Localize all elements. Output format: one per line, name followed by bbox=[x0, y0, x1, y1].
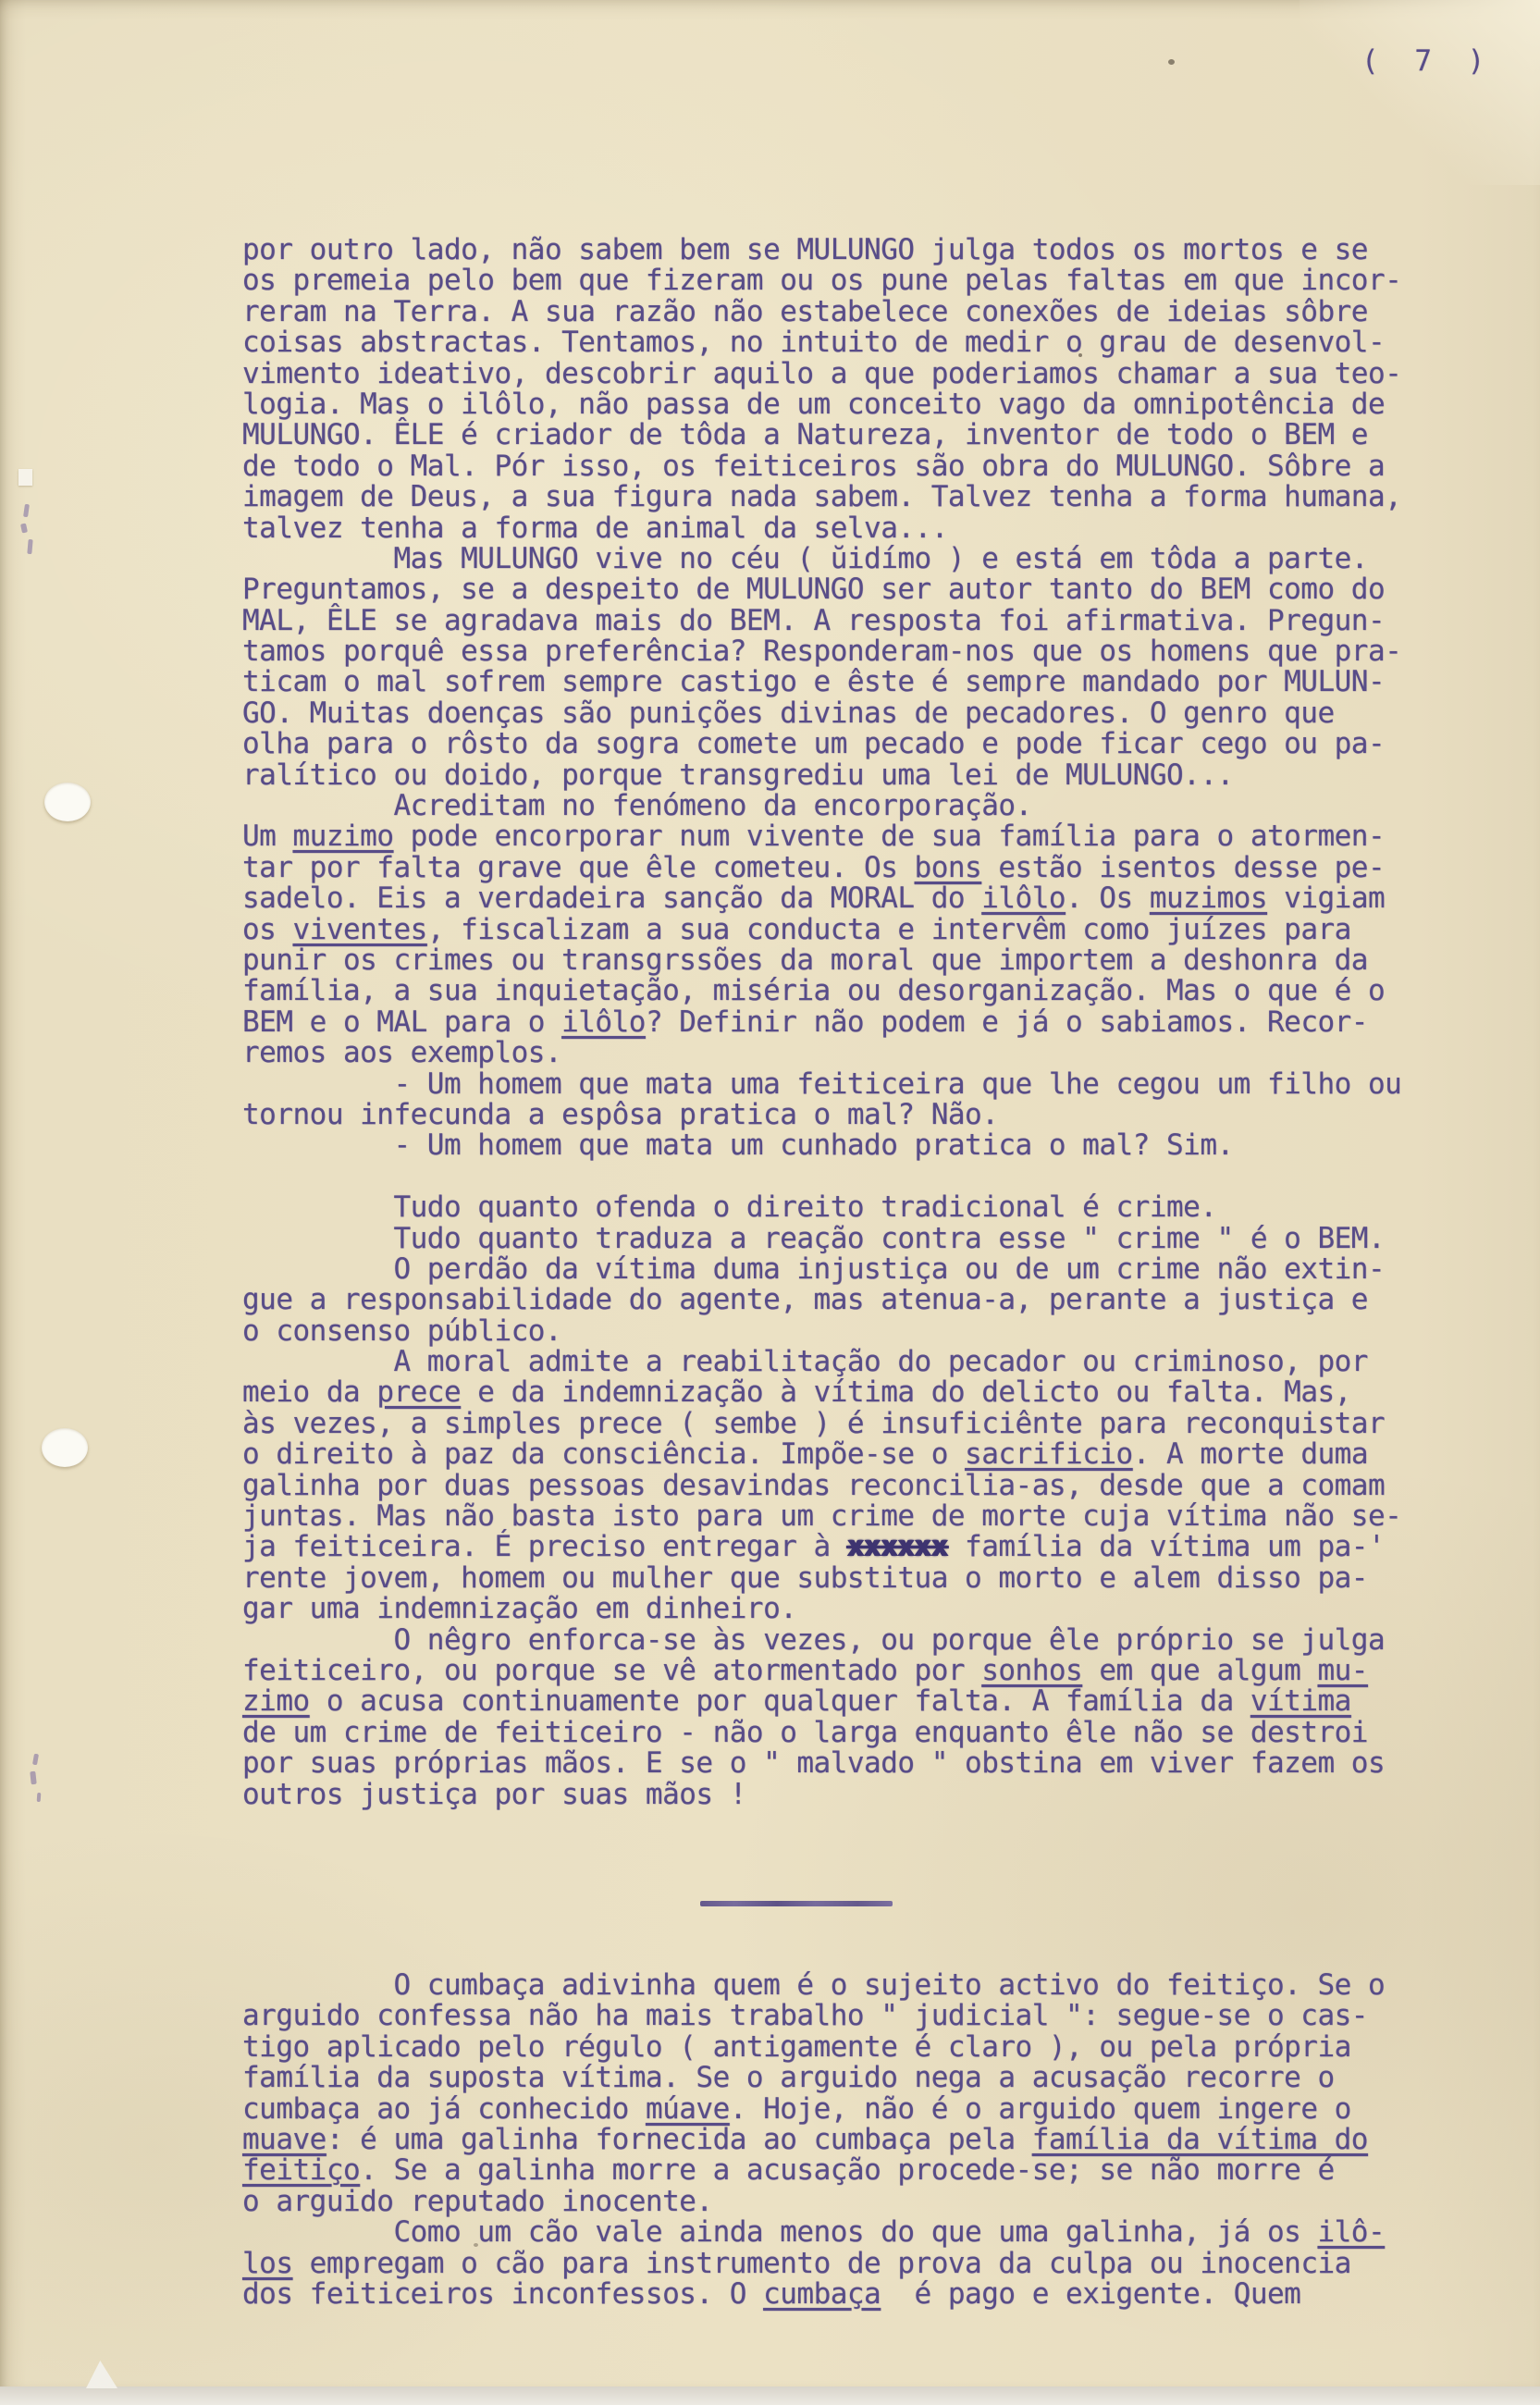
text-segment: . Se a galinha morre a acusação procede-… bbox=[360, 2153, 1335, 2187]
text-segment: e da indemnização à vítima do delicto ou… bbox=[461, 1375, 1351, 1409]
text-line: sadelo. Eis a verdadeira sanção da MORAL… bbox=[242, 883, 1401, 914]
underlined-term: sacrificio bbox=[965, 1437, 1133, 1471]
punch-hole-bottom bbox=[42, 1428, 88, 1467]
text-segment: juntas. Mas não basta isto para um crime… bbox=[242, 1499, 1401, 1533]
margin-ink-mark bbox=[32, 1754, 39, 1766]
text-line: Acreditam no fenómeno da encorporação. bbox=[242, 791, 1401, 821]
text-segment: O cumbaça adivinha quem é o sujeito acti… bbox=[242, 1968, 1385, 2002]
paper-sheet: ( 7 ) por outro lado, não sabem bem se M… bbox=[0, 0, 1540, 2386]
underlined-term: múave bbox=[646, 2092, 730, 2126]
text-segment: remos aos exemplos. bbox=[242, 1036, 561, 1069]
paper-speck bbox=[1168, 59, 1175, 65]
text-segment: às vezes, a simples prece ( sembe ) é in… bbox=[242, 1407, 1385, 1440]
text-line: logia. Mas o ilôlo, não passa de um conc… bbox=[242, 389, 1401, 420]
underlined-term: sonhos bbox=[981, 1654, 1082, 1687]
text-line: galinha por duas pessoas desavindas reco… bbox=[242, 1471, 1401, 1501]
text-segment: talvez tenha a forma de animal da selva.… bbox=[242, 512, 948, 545]
text-segment: O nêgro enforca-se às vezes, ou porque ê… bbox=[242, 1623, 1385, 1657]
text-segment: de todo o Mal. Pór isso, os feiticeiros … bbox=[242, 450, 1385, 483]
text-line: às vezes, a simples prece ( sembe ) é in… bbox=[242, 1409, 1401, 1439]
footer-text-block: O cumbaça adivinha quem é o sujeito acti… bbox=[242, 1970, 1385, 2310]
paper-notch bbox=[18, 469, 32, 486]
text-segment: tar por falta grave que êle cometeu. Os bbox=[242, 851, 915, 884]
text-line: O cumbaça adivinha quem é o sujeito acti… bbox=[242, 1970, 1385, 2001]
text-segment: Acreditam no fenómeno da encorporação. bbox=[242, 789, 1032, 822]
text-segment: : é uma galinha fornecida ao cumbaça pel… bbox=[326, 2123, 1032, 2156]
margin-ink-mark bbox=[20, 523, 28, 533]
text-segment: por outro lado, não sabem bem se MULUNGO… bbox=[242, 233, 1368, 266]
text-line: los empregam o cão para instrumento de p… bbox=[242, 2249, 1385, 2279]
text-segment: outros justiça por suas mãos ! bbox=[242, 1778, 746, 1811]
text-segment: sadelo. Eis a verdadeira sanção da MORAL… bbox=[242, 882, 981, 915]
text-segment: . A morte duma bbox=[1133, 1437, 1368, 1471]
text-segment: família, a sua inquietação, miséria ou d… bbox=[242, 974, 1385, 1007]
text-segment: Tudo quanto ofenda o direito tradicional… bbox=[242, 1190, 1217, 1224]
text-segment: meio da bbox=[242, 1375, 376, 1409]
text-segment: estão isentos desse pe- bbox=[981, 851, 1385, 884]
text-segment: logia. Mas o ilôlo, não passa de um conc… bbox=[242, 388, 1385, 421]
text-line: olha para o rôsto da sogra comete um pec… bbox=[242, 729, 1401, 759]
paper-speck bbox=[474, 2243, 478, 2247]
text-segment: ticam o mal sofrem sempre castigo e êste… bbox=[242, 665, 1385, 698]
text-segment: arguido confessa não ha mais trabalho " … bbox=[242, 1999, 1368, 2032]
text-line: - Um homem que mata um cunhado pratica o… bbox=[242, 1130, 1401, 1161]
margin-ink-mark bbox=[37, 1793, 42, 1802]
text-line: família da suposta vítima. Se o arguido … bbox=[242, 2063, 1385, 2093]
text-line: coisas abstractas. Tentamos, no intuito … bbox=[242, 327, 1401, 358]
text-line: MULUNGO. ÊLE é criador de tôda a Naturez… bbox=[242, 420, 1401, 450]
text-segment: punir os crimes ou transgrssões da moral… bbox=[242, 943, 1368, 977]
text-segment: Como um cão vale ainda menos do que uma … bbox=[242, 2215, 1317, 2249]
text-line: ralítico ou doido, porque transgrediu um… bbox=[242, 760, 1401, 791]
text-line: vimento ideativo, descobrir aquilo a que… bbox=[242, 359, 1401, 389]
text-segment: , fiscalizam a sua conducta e intervêm c… bbox=[427, 913, 1351, 946]
text-segment: Mas MULUNGO vive no céu ( ŭidímo ) e est… bbox=[242, 542, 1368, 575]
text-segment: A moral admite a reabilitação do pecador… bbox=[242, 1345, 1368, 1378]
text-segment: reram na Terra. A sua razão não estabele… bbox=[242, 295, 1368, 328]
text-segment: família da vítima um pa-' bbox=[948, 1530, 1385, 1563]
text-line: Tudo quanto traduza a reação contra esse… bbox=[242, 1224, 1401, 1254]
text-segment: . Hoje, não é o arguido quem ingere o bbox=[730, 2092, 1351, 2126]
text-segment: o arguido reputado inocente. bbox=[242, 2185, 713, 2218]
text-segment: de um crime de feiticeiro - não o larga … bbox=[242, 1716, 1368, 1749]
underlined-term: muzimo bbox=[293, 820, 394, 853]
underlined-term: família da vítima do bbox=[1032, 2123, 1368, 2156]
text-line: os viventes, fiscalizam a sua conducta e… bbox=[242, 915, 1401, 945]
underlined-term: prece bbox=[376, 1375, 461, 1409]
text-line: reram na Terra. A sua razão não estabele… bbox=[242, 297, 1401, 327]
underlined-term: los bbox=[242, 2247, 293, 2280]
text-line: Como um cão vale ainda menos do que uma … bbox=[242, 2217, 1385, 2248]
text-segment: o acusa continuamente por qualquer falta… bbox=[310, 1684, 1250, 1718]
text-line: O perdão da vítima duma injustiça ou de … bbox=[242, 1254, 1401, 1285]
text-segment: vimento ideativo, descobrir aquilo a que… bbox=[242, 357, 1401, 390]
text-line: por outro lado, não sabem bem se MULUNGO… bbox=[242, 235, 1401, 265]
text-segment: os premeia pelo bem que fizeram ou os pu… bbox=[242, 264, 1401, 297]
text-segment: O perdão da vítima duma injustiça ou de … bbox=[242, 1252, 1385, 1286]
text-segment: gue a responsabilidade do agente, mas at… bbox=[242, 1283, 1368, 1316]
text-line: família, a sua inquietação, miséria ou d… bbox=[242, 976, 1401, 1006]
text-segment: Preguntamos, se a despeito de MULUNGO se… bbox=[242, 573, 1385, 606]
text-segment: ralítico ou doido, porque transgrediu um… bbox=[242, 758, 1234, 792]
text-line: tigo aplicado pelo régulo ( antigamente … bbox=[242, 2032, 1385, 2063]
text-line: gar uma indemnização em dinheiro. bbox=[242, 1594, 1401, 1624]
text-segment: vigiam bbox=[1267, 882, 1385, 915]
text-line: A moral admite a reabilitação do pecador… bbox=[242, 1347, 1401, 1377]
main-text-block: por outro lado, não sabem bem se MULUNGO… bbox=[242, 235, 1401, 1810]
text-line: O nêgro enforca-se às vezes, ou porque ê… bbox=[242, 1625, 1401, 1656]
text-segment: . Os bbox=[1066, 882, 1150, 915]
underlined-term: vítima bbox=[1250, 1684, 1351, 1718]
scan-edge-strip bbox=[0, 2386, 1540, 2405]
text-line: o arguido reputado inocente. bbox=[242, 2187, 1385, 2217]
text-segment: Tudo quanto traduza a reação contra esse… bbox=[242, 1222, 1385, 1255]
margin-ink-mark bbox=[23, 504, 30, 518]
text-segment: feiticeiro, ou porque se vê atormentado … bbox=[242, 1654, 981, 1687]
text-segment: empregam o cão para instrumento de prova… bbox=[293, 2247, 1351, 2280]
text-line: - Um homem que mata uma feiticeira que l… bbox=[242, 1069, 1401, 1100]
text-line: juntas. Mas não basta isto para um crime… bbox=[242, 1501, 1401, 1532]
text-segment: ? Definir não podem e já o sabiamos. Rec… bbox=[646, 1005, 1368, 1039]
text-line: BEM e o MAL para o ilôlo? Definir não po… bbox=[242, 1007, 1401, 1038]
page-number: ( 7 ) bbox=[1361, 44, 1494, 78]
text-line: por suas próprias mãos. E se o " malvado… bbox=[242, 1748, 1401, 1779]
text-segment: ja feiticeira. É preciso entregar à bbox=[242, 1530, 847, 1563]
text-segment: BEM e o MAL para o bbox=[242, 1005, 561, 1039]
punch-hole-top bbox=[44, 783, 91, 821]
text-line: rente jovem, homem ou mulher que substit… bbox=[242, 1563, 1401, 1594]
text-segment: dos feiticeiros inconfessos. O bbox=[242, 2277, 763, 2311]
struck-out-word: xxxxxx bbox=[847, 1530, 948, 1563]
margin-ink-mark bbox=[30, 1771, 36, 1785]
text-line: Tudo quanto ofenda o direito tradicional… bbox=[242, 1192, 1401, 1223]
text-line: imagem de Deus, a sua figura nada sabem.… bbox=[242, 482, 1401, 512]
text-line: tar por falta grave que êle cometeu. Os … bbox=[242, 853, 1401, 883]
text-segment: os bbox=[242, 913, 293, 946]
text-segment: olha para o rôsto da sogra comete um pec… bbox=[242, 727, 1385, 760]
margin-ink-mark bbox=[27, 539, 32, 554]
text-line: punir os crimes ou transgrssões da moral… bbox=[242, 945, 1401, 976]
text-segment: tornou infecunda a espôsa pratica o mal?… bbox=[242, 1098, 998, 1131]
text-segment: GO. Muitas doenças são punições divinas … bbox=[242, 697, 1335, 730]
text-line: Preguntamos, se a despeito de MULUNGO se… bbox=[242, 574, 1401, 605]
text-segment: Um bbox=[242, 820, 293, 853]
underlined-term: bons bbox=[915, 851, 982, 884]
text-segment: - Um homem que mata um cunhado pratica o… bbox=[242, 1128, 1234, 1162]
text-segment: o consenso público. bbox=[242, 1314, 561, 1348]
section-divider-line bbox=[700, 1901, 893, 1906]
text-line: tornou infecunda a espôsa pratica o mal?… bbox=[242, 1100, 1401, 1130]
underlined-term: ilôlo bbox=[981, 882, 1066, 915]
scanned-typewritten-page: { "page": { "number_label": "( 7 )", "in… bbox=[0, 0, 1540, 2405]
underlined-term: zimo bbox=[242, 1684, 310, 1718]
text-line: feiticeiro, ou porque se vê atormentado … bbox=[242, 1656, 1401, 1686]
underlined-term: muzimos bbox=[1150, 882, 1267, 915]
underlined-term: ilô- bbox=[1317, 2215, 1385, 2249]
text-line: de um crime de feiticeiro - não o larga … bbox=[242, 1718, 1401, 1748]
paper-speck bbox=[1078, 353, 1082, 357]
text-line: o direito à paz da consciência. Impõe-se… bbox=[242, 1439, 1401, 1470]
text-line: Mas MULUNGO vive no céu ( ŭidímo ) e est… bbox=[242, 544, 1401, 574]
text-line: ticam o mal sofrem sempre castigo e êste… bbox=[242, 667, 1401, 697]
text-segment: pode encorporar num vivente de sua famíl… bbox=[393, 820, 1385, 853]
underlined-term: mu- bbox=[1317, 1654, 1368, 1687]
text-line: meio da prece e da indemnização à vítima… bbox=[242, 1377, 1401, 1408]
text-line: remos aos exemplos. bbox=[242, 1038, 1401, 1068]
text-segment: cumbaça ao já conhecido bbox=[242, 2092, 646, 2126]
text-line: os premeia pelo bem que fizeram ou os pu… bbox=[242, 265, 1401, 296]
text-segment: galinha por duas pessoas desavindas reco… bbox=[242, 1469, 1385, 1502]
text-line: MAL, ÊLE se agradava mais do BEM. A resp… bbox=[242, 606, 1401, 636]
text-segment: rente jovem, homem ou mulher que substit… bbox=[242, 1561, 1368, 1595]
text-line bbox=[242, 1162, 1401, 1192]
text-line: o consenso público. bbox=[242, 1316, 1401, 1347]
text-line: Um muzimo pode encorporar num vivente de… bbox=[242, 821, 1401, 852]
text-line: GO. Muitas doenças são punições divinas … bbox=[242, 698, 1401, 729]
text-segment: é pago e exigente. Quem bbox=[881, 2277, 1300, 2311]
text-line: de todo o Mal. Pór isso, os feiticeiros … bbox=[242, 451, 1401, 482]
text-segment: MULUNGO. ÊLE é criador de tôda a Naturez… bbox=[242, 418, 1368, 451]
text-line: ja feiticeira. É preciso entregar à xxxx… bbox=[242, 1532, 1401, 1562]
text-segment: imagem de Deus, a sua figura nada sabem.… bbox=[242, 480, 1401, 513]
underlined-term: viventes bbox=[293, 913, 427, 946]
text-segment: coisas abstractas. Tentamos, no intuito … bbox=[242, 326, 1385, 359]
text-line: dos feiticeiros inconfessos. O cumbaça é… bbox=[242, 2279, 1385, 2310]
underlined-term: cumbaça bbox=[763, 2277, 881, 2311]
underlined-term: ilôlo bbox=[561, 1005, 646, 1039]
text-line: gue a responsabilidade do agente, mas at… bbox=[242, 1285, 1401, 1315]
text-line: arguido confessa não ha mais trabalho " … bbox=[242, 2001, 1385, 2031]
paper-corner-flare bbox=[1300, 0, 1540, 185]
text-line: muave: é uma galinha fornecida ao cumbaç… bbox=[242, 2125, 1385, 2155]
text-segment: tamos porquê essa preferência? Responder… bbox=[242, 635, 1401, 668]
text-line: feitiço. Se a galinha morre a acusação p… bbox=[242, 2155, 1385, 2186]
text-segment: gar uma indemnização em dinheiro. bbox=[242, 1592, 796, 1625]
text-segment: - Um homem que mata uma feiticeira que l… bbox=[242, 1067, 1401, 1101]
text-line: zimo o acusa continuamente por qualquer … bbox=[242, 1686, 1401, 1717]
underlined-term: muave bbox=[242, 2123, 326, 2156]
text-segment: tigo aplicado pelo régulo ( antigamente … bbox=[242, 2030, 1351, 2064]
text-segment: por suas próprias mãos. E se o " malvado… bbox=[242, 1746, 1385, 1780]
text-line: tamos porquê essa preferência? Responder… bbox=[242, 636, 1401, 667]
text-line: cumbaça ao já conhecido múave. Hoje, não… bbox=[242, 2094, 1385, 2125]
text-segment: MAL, ÊLE se agradava mais do BEM. A resp… bbox=[242, 604, 1385, 637]
text-segment: família da suposta vítima. Se o arguido … bbox=[242, 2061, 1335, 2094]
text-segment: o direito à paz da consciência. Impõe-se… bbox=[242, 1437, 965, 1471]
text-line: talvez tenha a forma de animal da selva.… bbox=[242, 513, 1401, 544]
text-segment: em que algum bbox=[1082, 1654, 1317, 1687]
underlined-term: feitiço bbox=[242, 2153, 360, 2187]
text-line: outros justiça por suas mãos ! bbox=[242, 1780, 1401, 1810]
